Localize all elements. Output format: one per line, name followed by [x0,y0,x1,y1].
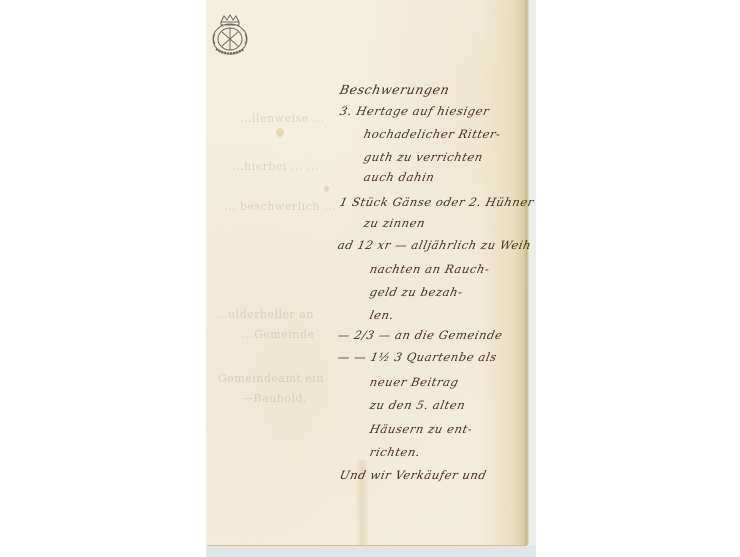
text-line: 3. Hertage auf hiesiger [339,104,491,118]
text-line: geld zu bezah- [369,285,465,299]
text-line: neuer Beitrag [369,375,461,389]
text-line: auch dahin [363,170,436,184]
text-line: nachten an Rauch- [369,262,492,276]
text-line: ad 12 xr — alljährlich zu Weih [337,238,533,252]
text-line: Und wir Verkäufer und [339,468,489,482]
bleed-through-text: ... beschwerlich ... [224,200,336,213]
text-line: Häusern zu ent- [369,422,474,436]
scan-background-right [529,0,536,557]
stain [324,186,329,192]
bleed-through-text: ...Gemeinde [242,328,314,341]
text-line: — 2/3 — an die Gemeinde [337,328,505,342]
text-line: zu zinnen [363,216,427,230]
text-line: richten. [369,445,422,459]
text-line: zu den 5. alten [369,398,467,412]
text-line: 1 Stück Gänse oder 2. Hühner [339,195,536,209]
bleed-through-text: ...ulderheller an [216,308,314,321]
stain [276,128,284,137]
bleed-through-text: ...llenweise ... [240,112,325,125]
text-line: len. [369,308,396,322]
page-edge [524,0,529,545]
scan-background-bottom [206,545,536,557]
text-line: — — 1½ 3 Quartenbe als [337,350,499,364]
text-line: Beschwerungen [338,82,451,97]
text-line: guth zu verrichten [363,150,485,164]
crest-stamp-icon [207,12,253,58]
bleed-through-text: Gemeindeamt ein [218,372,324,385]
text-line: hochadelicher Ritter- [363,127,503,141]
bleed-through-text: —Bauhold, [242,392,307,405]
bleed-through-text: ...hierbei ... ... [232,160,319,173]
